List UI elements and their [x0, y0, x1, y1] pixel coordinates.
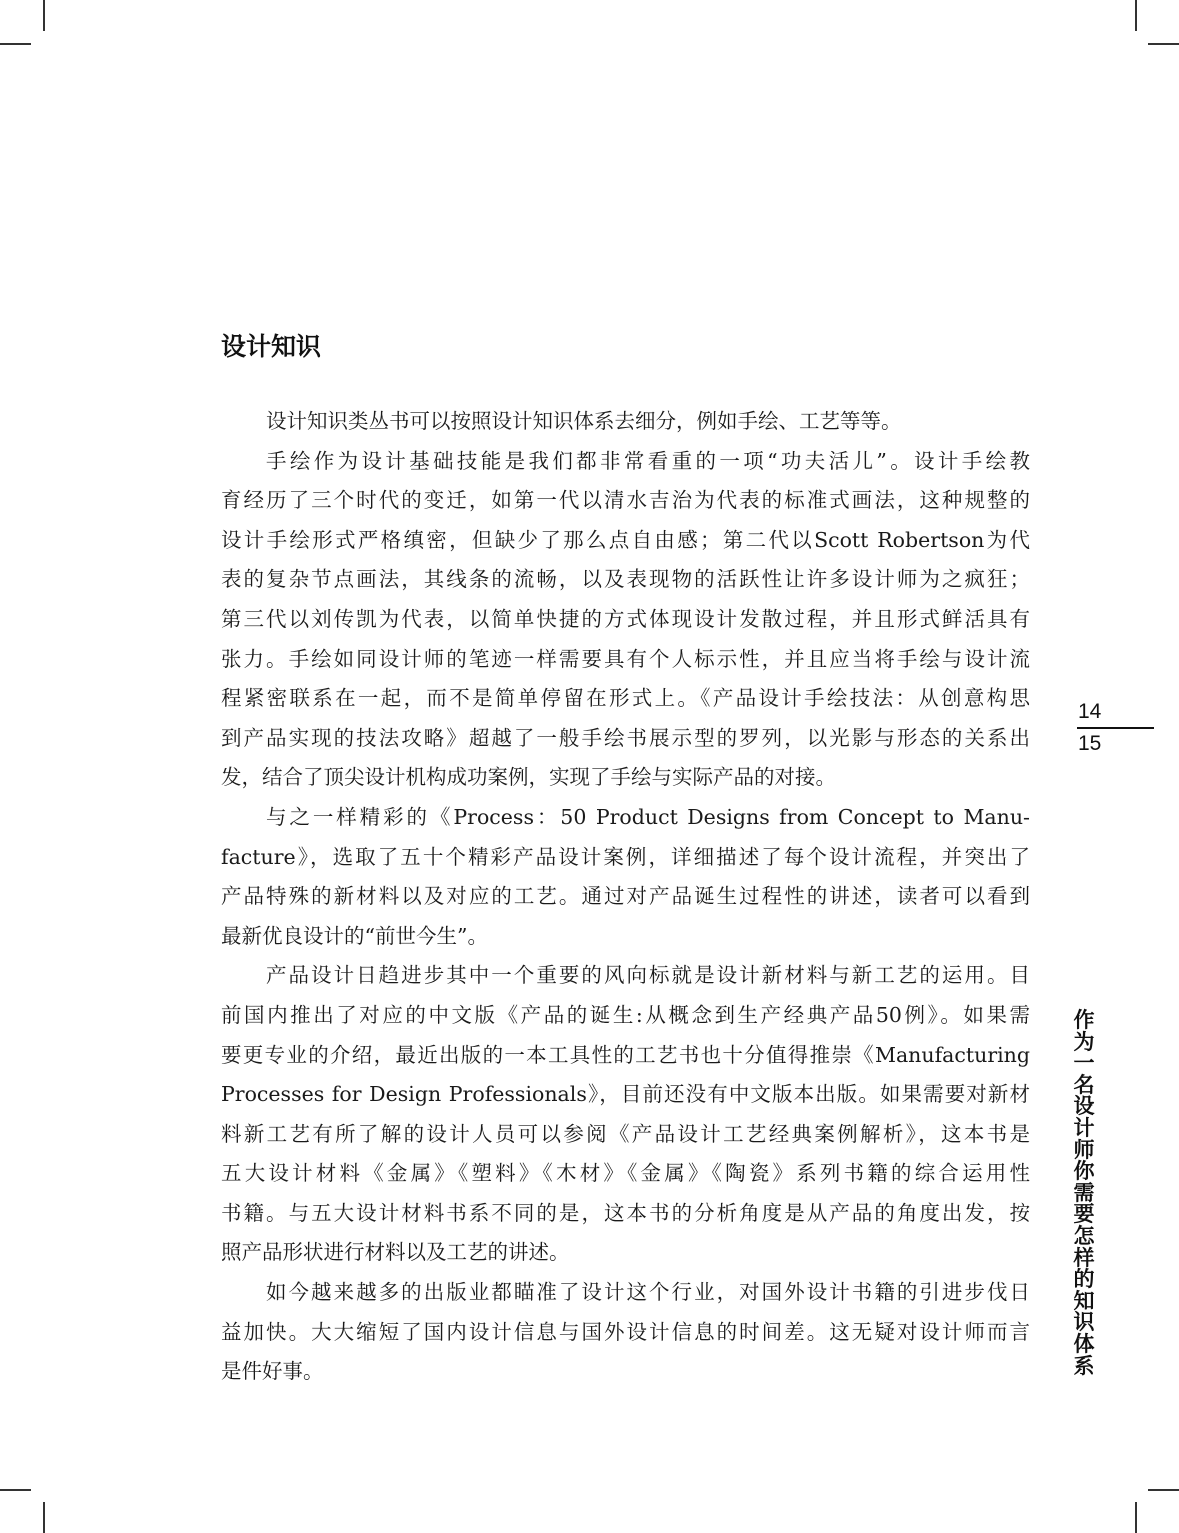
text-line: 料新工艺有所了解的设计人员可以参阅《产品设计工艺经典案例解析》，这本书是: [221, 1115, 1030, 1155]
text-line: 表的复杂节点画法，其线条的流畅，以及表现物的活跃性让许多设计师为之疯狂；: [221, 560, 1030, 600]
crop-mark-bottom-left-vertical: [43, 1502, 45, 1533]
crop-mark-bottom-right-horizontal: [1148, 1489, 1179, 1491]
text-line: 五大设计材料《金属》《塑料》《木材》《金属》《陶瓷》系列书籍的综合运用性: [221, 1154, 1030, 1194]
body-text: 设计知识类丛书可以按照设计知识体系去细分，例如手绘、工艺等等。 手绘作为设计基础…: [221, 402, 1030, 1392]
paragraph: 如今越来越多的出版业都瞄准了设计这个行业，对国外设计书籍的引进步伐日 益加快。大…: [221, 1273, 1030, 1392]
crop-mark-bottom-left-horizontal: [0, 1489, 31, 1491]
section-title: 设计知识: [221, 327, 321, 363]
running-head-glyph: 知: [1071, 1291, 1097, 1313]
running-head-glyph: 怎: [1071, 1226, 1097, 1248]
text-line: 最新优良设计的“前世今生”。: [221, 917, 1030, 957]
text-line: 程紧密联系在一起，而不是简单停留在形式上。《产品设计手绘技法：从创意构思: [221, 679, 1030, 719]
text-line: 设计知识类丛书可以按照设计知识体系去细分，例如手绘、工艺等等。: [221, 402, 1030, 442]
text-line: 发，结合了顶尖设计机构成功案例，实现了手绘与实际产品的对接。: [221, 758, 1030, 798]
text-line: 要更专业的介绍，最近出版的一本工具性的工艺书也十分值得推崇《Manufactur…: [221, 1036, 1030, 1076]
paragraph: 设计知识类丛书可以按照设计知识体系去细分，例如手绘、工艺等等。: [221, 402, 1030, 442]
paragraph: 与之一样精彩的《Process：50 Product Designs from …: [221, 798, 1030, 956]
running-head-glyph: 为: [1071, 1032, 1097, 1054]
running-head-glyph: 师: [1071, 1140, 1097, 1162]
page-number-left: 14: [1078, 700, 1101, 724]
text-line: 第三代以刘传凯为代表，以简单快捷的方式体现设计发散过程，并且形式鲜活具有: [221, 600, 1030, 640]
text-line: 手绘作为设计基础技能是我们都非常看重的一项“功夫活儿”。设计手绘教: [221, 442, 1030, 482]
crop-mark-top-right-vertical: [1135, 0, 1137, 31]
crop-mark-top-right-horizontal: [1148, 43, 1179, 45]
text-line: 张力。手绘如同设计师的笔迹一样需要具有个人标示性，并且应当将手绘与设计流: [221, 640, 1030, 680]
text-line: 育经历了三个时代的变迁，如第一代以清水吉治为代表的标准式画法，这种规整的: [221, 481, 1030, 521]
text-line: 前国内推出了对应的中文版《产品的诞生:从概念到生产经典产品50例》。如果需: [221, 996, 1030, 1036]
running-head-glyph: 名: [1071, 1075, 1097, 1097]
running-head-glyph: 一: [1071, 1053, 1097, 1075]
text-line: 产品设计日趋进步其中一个重要的风向标就是设计新材料与新工艺的运用。目: [221, 956, 1030, 996]
page-number-right: 15: [1078, 732, 1101, 756]
running-head-glyph: 要: [1071, 1204, 1097, 1226]
text-line: 与之一样精彩的《Process：50 Product Designs from …: [221, 798, 1030, 838]
text-line: 照产品形状进行材料以及工艺的讲述。: [221, 1233, 1030, 1273]
text-line: facture》，选取了五十个精彩产品设计案例，详细描述了每个设计流程，并突出了: [221, 838, 1030, 878]
text-line: 如今越来越多的出版业都瞄准了设计这个行业，对国外设计书籍的引进步伐日: [221, 1273, 1030, 1313]
running-head-glyph: 识: [1071, 1312, 1097, 1334]
text-line: 是件好事。: [221, 1352, 1030, 1392]
text-line: 设计手绘形式严格缜密，但缺少了那么点自由感；第二代以Scott Robertso…: [221, 521, 1030, 561]
running-head-glyph: 设: [1071, 1096, 1097, 1118]
text-line: 书籍。与五大设计材料书系不同的是，这本书的分析角度是从产品的角度出发，按: [221, 1194, 1030, 1234]
text-line: Processes for Design Professionals》，目前还没…: [221, 1075, 1030, 1115]
running-head-glyph: 作: [1071, 1010, 1097, 1032]
crop-mark-bottom-right-vertical: [1135, 1502, 1137, 1533]
running-head-glyph: 需: [1071, 1183, 1097, 1205]
text-line: 产品特殊的新材料以及对应的工艺。通过对产品诞生过程性的讲述，读者可以看到: [221, 877, 1030, 917]
paragraph: 产品设计日趋进步其中一个重要的风向标就是设计新材料与新工艺的运用。目 前国内推出…: [221, 956, 1030, 1273]
running-head-glyph: 计: [1071, 1118, 1097, 1140]
crop-mark-top-left-vertical: [43, 0, 45, 31]
running-head-glyph: 的: [1071, 1269, 1097, 1291]
crop-mark-top-left-horizontal: [0, 43, 31, 45]
running-head-glyph: 样: [1071, 1248, 1097, 1270]
folio-divider: [1077, 727, 1154, 729]
running-head-vertical: 作为一名设计师你需要怎样的知识体系: [1071, 1010, 1097, 1377]
running-head-glyph: 你: [1071, 1161, 1097, 1183]
text-line: 益加快。大大缩短了国内设计信息与国外设计信息的时间差。这无疑对设计师而言: [221, 1313, 1030, 1353]
running-head-glyph: 系: [1071, 1356, 1097, 1378]
paragraph: 手绘作为设计基础技能是我们都非常看重的一项“功夫活儿”。设计手绘教 育经历了三个…: [221, 442, 1030, 798]
running-head-glyph: 体: [1071, 1334, 1097, 1356]
text-line: 到产品实现的技法攻略》超越了一般手绘书展示型的罗列，以光影与形态的关系出: [221, 719, 1030, 759]
